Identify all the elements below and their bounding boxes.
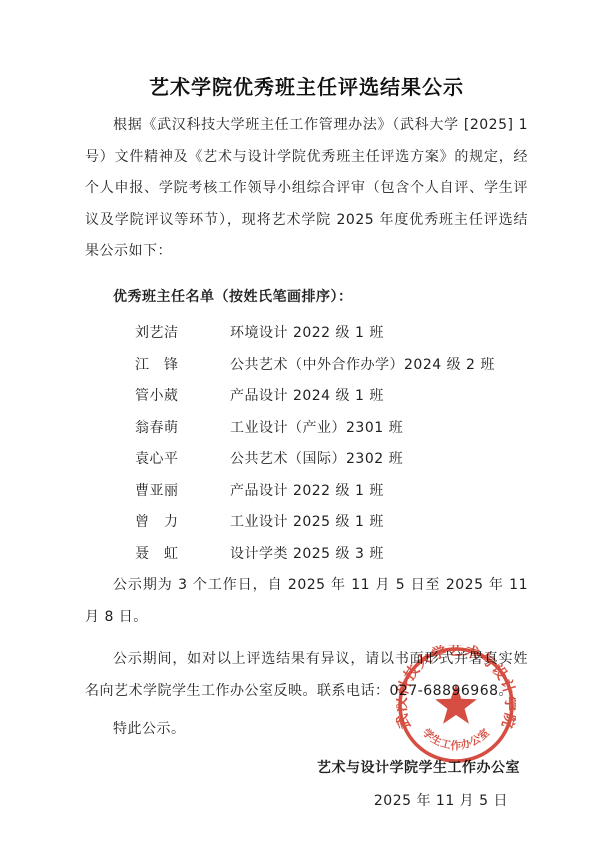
- issue-date: 2025 年 11 月 5 日: [85, 786, 528, 818]
- awardee-row: 袁心平 公共艺术（国际）2302 班: [85, 444, 528, 476]
- awardee-row: 曾 力 工业设计 2025 级 1 班: [85, 507, 528, 539]
- awardee-name: 翁春萌: [135, 413, 230, 445]
- awardee-row: 翁春萌 工业设计（产业）2301 班: [85, 413, 528, 445]
- awardee-class: 环境设计 2022 级 1 班: [230, 318, 384, 350]
- awardee-class: 工业设计（产业）2301 班: [230, 413, 403, 445]
- awardee-name: 江 锋: [135, 350, 230, 382]
- awardee-class: 产品设计 2022 级 1 班: [230, 476, 384, 508]
- awardee-row: 刘艺洁 环境设计 2022 级 1 班: [85, 318, 528, 350]
- intro-paragraph: 根据《武汉科技大学班主任工作管理办法》（武科大学 [2025] 1 号）文件精神…: [85, 110, 528, 268]
- issuing-office-signature: 艺术与设计学院学生工作办公室: [85, 753, 528, 785]
- awardee-class: 公共艺术（中外合作办学）2024 级 2 班: [230, 350, 495, 382]
- awardee-row: 聂 虹 设计学类 2025 级 3 班: [85, 539, 528, 571]
- awardee-list-heading: 优秀班主任名单（按姓氏笔画排序）：: [85, 282, 528, 314]
- awardee-class: 工业设计 2025 级 1 班: [230, 507, 384, 539]
- publicity-period-paragraph: 公示期为 3 个工作日，自 2025 年 11 月 5 日至 2025 年 11…: [85, 570, 528, 633]
- awardee-row: 管小葳 产品设计 2024 级 1 班: [85, 381, 528, 413]
- awardee-class: 设计学类 2025 级 3 班: [230, 539, 384, 571]
- awardee-class: 产品设计 2024 级 1 班: [230, 381, 384, 413]
- document-page: 艺术学院优秀班主任评选结果公示 根据《武汉科技大学班主任工作管理办法》（武科大学…: [0, 0, 592, 841]
- page-title: 艺术学院优秀班主任评选结果公示: [85, 72, 528, 102]
- awardee-name: 曹亚丽: [135, 476, 230, 508]
- awardee-row: 曹亚丽 产品设计 2022 级 1 班: [85, 476, 528, 508]
- awardee-list: 刘艺洁 环境设计 2022 级 1 班 江 锋 公共艺术（中外合作办学）2024…: [85, 318, 528, 570]
- awardee-name: 刘艺洁: [135, 318, 230, 350]
- awardee-row: 江 锋 公共艺术（中外合作办学）2024 级 2 班: [85, 350, 528, 382]
- awardee-name: 袁心平: [135, 444, 230, 476]
- objection-paragraph: 公示期间，如对以上评选结果有异议，请以书面形式并署真实姓名向艺术学院学生工作办公…: [85, 644, 528, 707]
- awardee-name: 聂 虹: [135, 539, 230, 571]
- closing-statement: 特此公示。: [85, 714, 528, 746]
- awardee-name: 管小葳: [135, 381, 230, 413]
- awardee-class: 公共艺术（国际）2302 班: [230, 444, 403, 476]
- document-content: 艺术学院优秀班主任评选结果公示 根据《武汉科技大学班主任工作管理办法》（武科大学…: [85, 0, 528, 818]
- awardee-name: 曾 力: [135, 507, 230, 539]
